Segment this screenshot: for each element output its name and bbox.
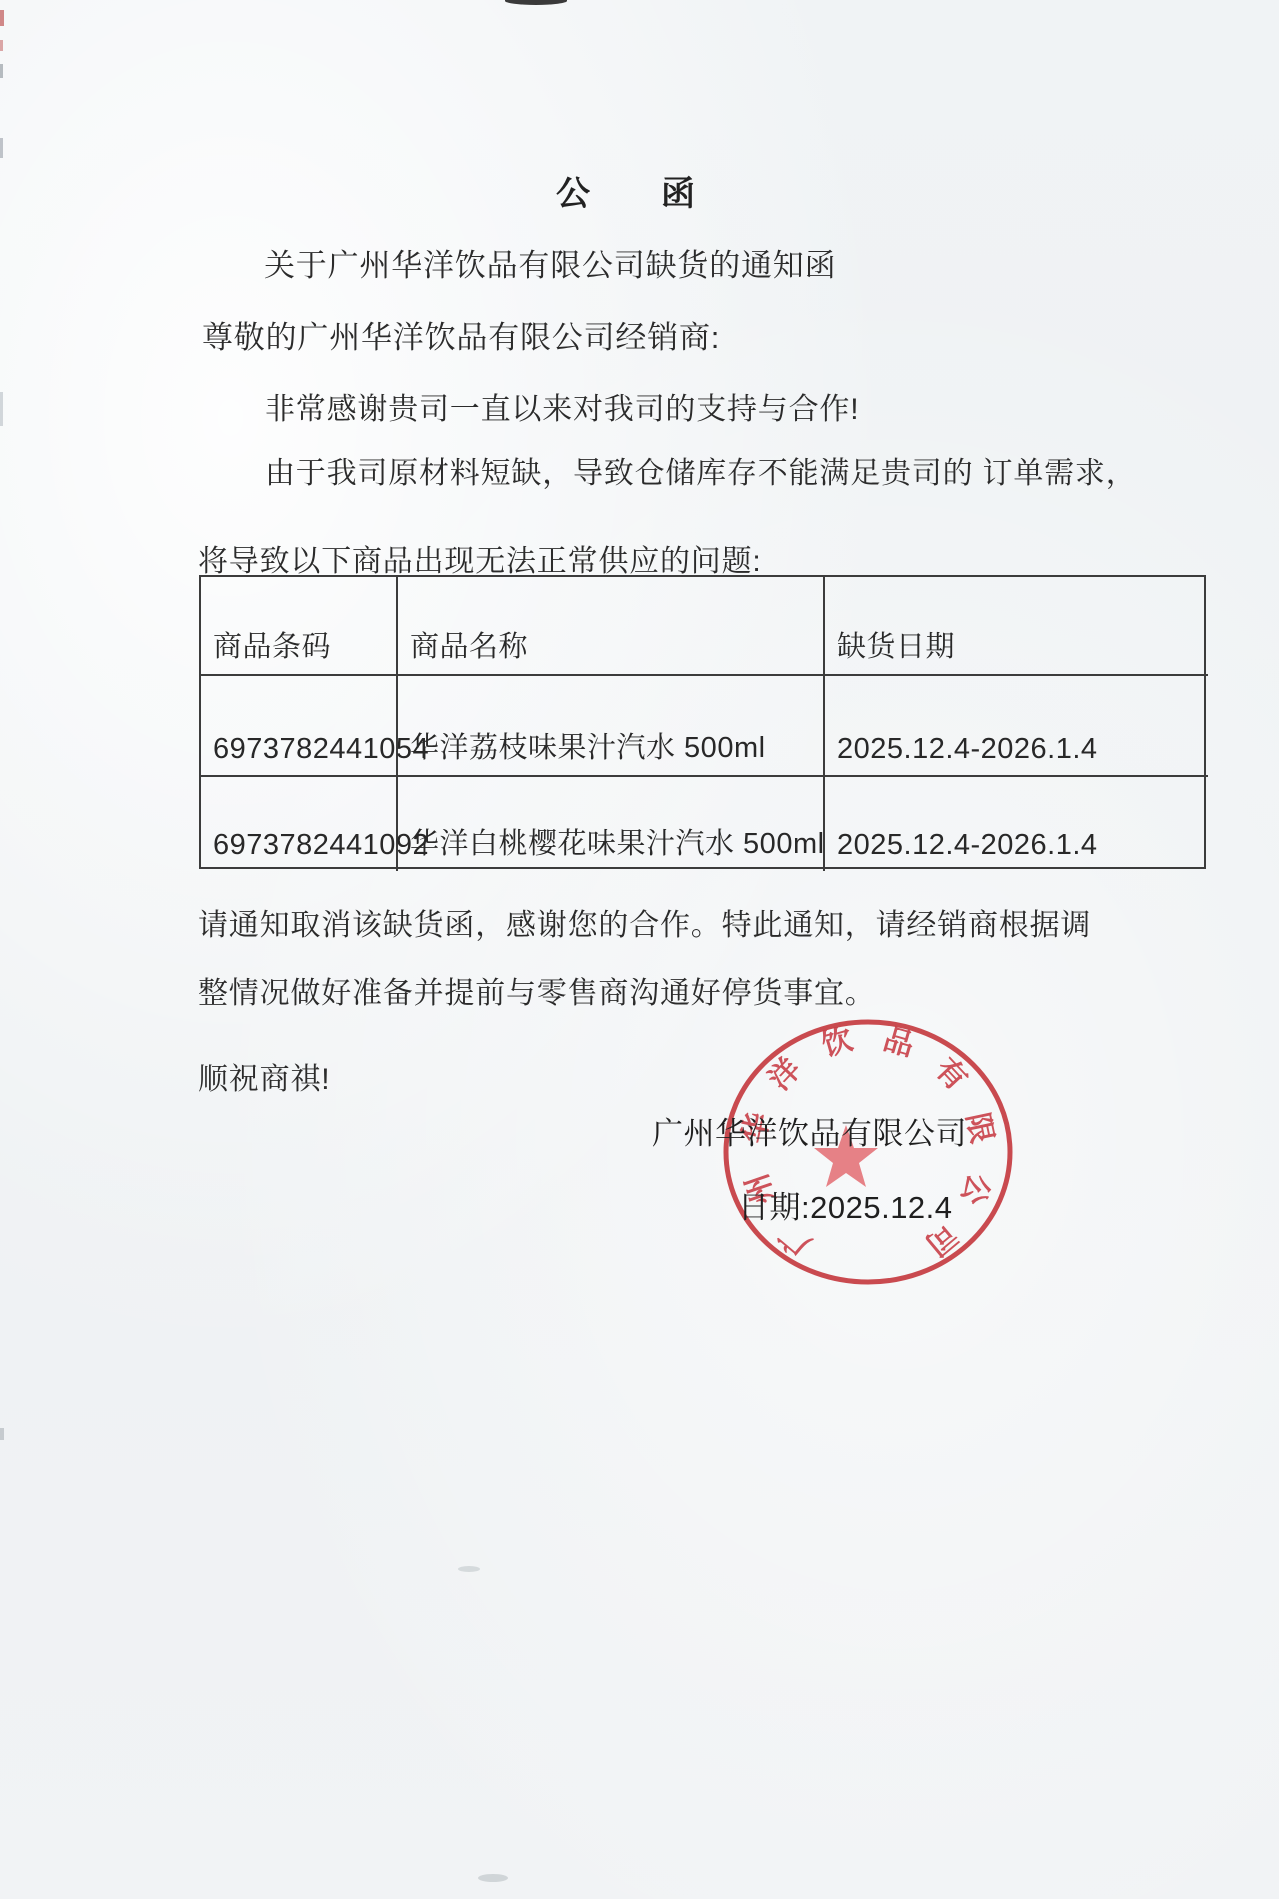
- salutation: 尊敬的广州华洋饮品有限公司经销商:: [202, 312, 720, 357]
- scan-artifact: [0, 1428, 4, 1440]
- letter-subject: 关于广州华洋饮品有限公司缺货的通知函: [264, 240, 836, 285]
- table-cell-product-name: 华洋白桃樱花味果汁汽水 500ml: [398, 777, 825, 871]
- letter-title: 公 函: [556, 166, 696, 215]
- shortage-table: 商品条码 商品名称 缺货日期 6973782441054 华洋荔枝味果汁汽水 5…: [199, 575, 1206, 869]
- svg-text:饮: 饮: [818, 1023, 856, 1063]
- table-cell-shortage-date: 2025.12.4-2026.1.4: [825, 676, 1208, 777]
- signature-date: 日期:2025.12.4: [738, 1182, 953, 1227]
- scan-artifact: [458, 1566, 480, 1572]
- table-header-product-name: 商品名称: [398, 577, 825, 676]
- svg-text:公: 公: [954, 1170, 995, 1209]
- table-header-barcode: 商品条码: [201, 577, 398, 676]
- svg-text:品: 品: [880, 1023, 918, 1063]
- paragraph-reason-line2: 将导致以下商品出现无法正常供应的问题:: [198, 536, 762, 580]
- scan-artifact: [0, 138, 3, 158]
- signature-company: 广州华洋饮品有限公司: [652, 1108, 967, 1153]
- scan-artifact: [0, 10, 4, 26]
- closing-line2: 整情况做好准备并提前与零售商沟通好停货事宜。: [198, 968, 876, 1012]
- paragraph-thanks: 非常感谢贵司一直以来对我司的支持与合作!: [265, 384, 859, 428]
- company-seal-stamp: 广 州 华 洋 饮 品 有 限 公 司: [716, 1008, 1016, 1298]
- table-cell-barcode: 6973782441054: [201, 676, 398, 777]
- table-cell-barcode: 6973782441092: [201, 777, 398, 871]
- table-header-shortage-date: 缺货日期: [825, 577, 1208, 676]
- scan-artifact: [0, 40, 3, 51]
- paragraph-reason-line1: 由于我司原材料短缺，导致仓储库存不能满足贵司的 订单需求，: [265, 448, 1137, 492]
- scan-artifact: [0, 392, 3, 426]
- scanned-letter-page: 公 函 关于广州华洋饮品有限公司缺货的通知函 尊敬的广州华洋饮品有限公司经销商:…: [0, 0, 1279, 1899]
- table-cell-shortage-date: 2025.12.4-2026.1.4: [825, 777, 1208, 871]
- well-wishes: 顺祝商祺!: [198, 1054, 330, 1098]
- closing-line1: 请通知取消该缺货函，感谢您的合作。特此通知，请经销商根据调: [198, 900, 1091, 944]
- scan-artifact: [0, 64, 3, 78]
- scan-artifact: [478, 1874, 508, 1882]
- scan-artifact: [505, 0, 567, 5]
- table-cell-product-name: 华洋荔枝味果汁汽水 500ml: [398, 676, 825, 777]
